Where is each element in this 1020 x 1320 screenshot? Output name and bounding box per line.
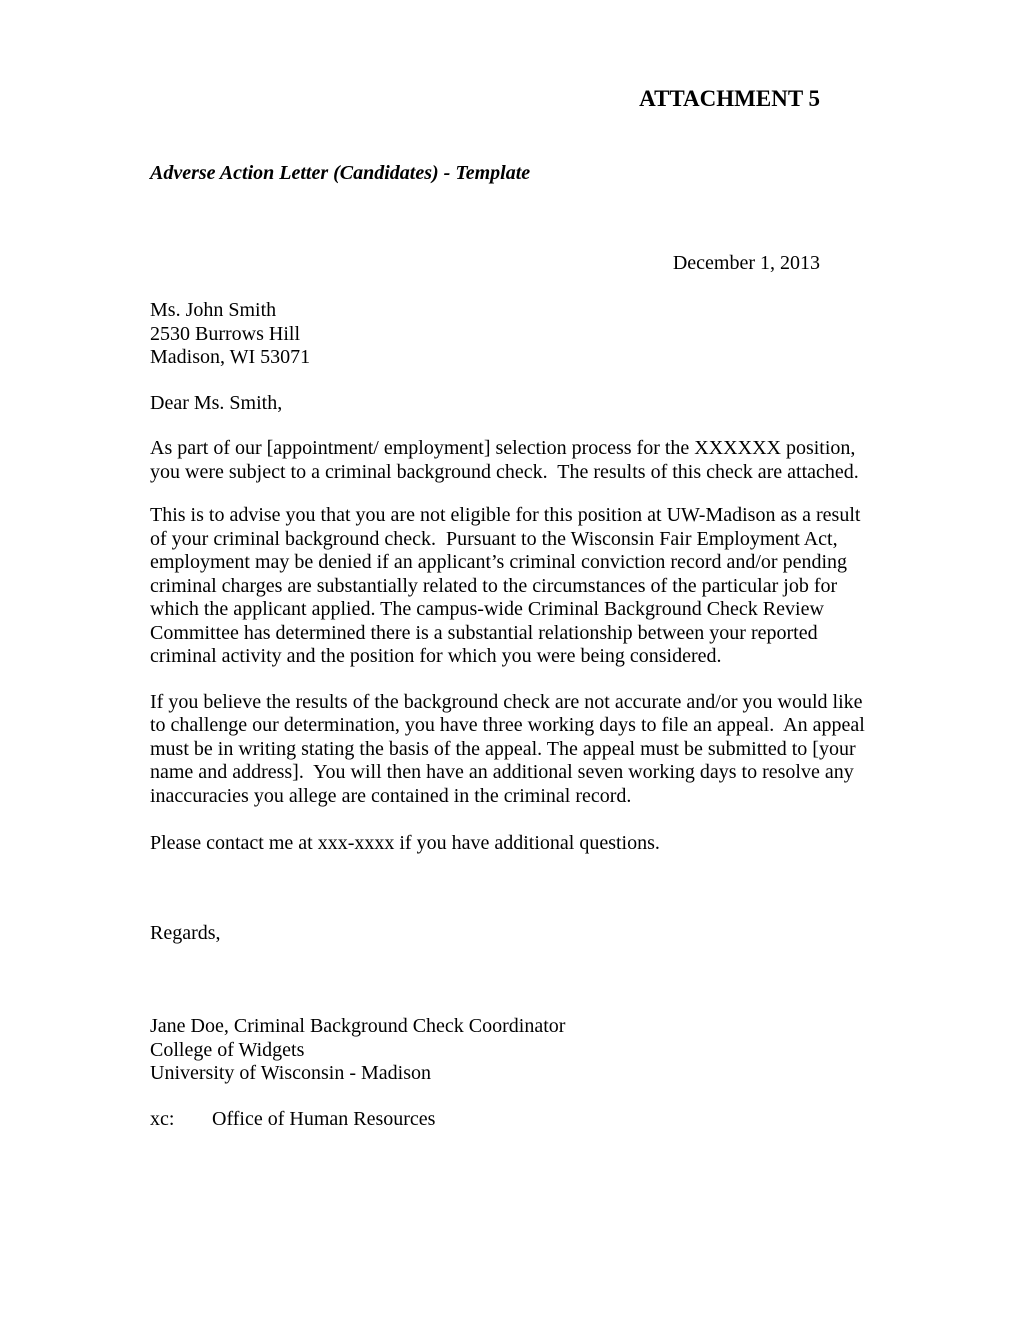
signature-name-title: Jane Doe, Criminal Background Check Coor… [150,1015,870,1039]
recipient-street: 2530 Burrows Hill [150,323,870,347]
body-paragraph: Please contact me at xxx-xxxx if you hav… [150,832,870,856]
cc-line: xc:Office of Human Resources [150,1108,870,1132]
document-title: Adverse Action Letter (Candidates) - Tem… [150,162,870,186]
recipient-address: Ms. John Smith 2530 Burrows Hill Madison… [150,299,870,370]
body-paragraph: If you believe the results of the backgr… [150,691,870,809]
cc-value: Office of Human Resources [212,1108,435,1130]
closing: Regards, [150,922,870,946]
signature-university: University of Wisconsin - Madison [150,1062,870,1086]
salutation: Dear Ms. Smith, [150,392,870,416]
signature-block: Jane Doe, Criminal Background Check Coor… [150,1015,870,1086]
signature-college: College of Widgets [150,1039,870,1063]
letter-date: December 1, 2013 [150,252,870,276]
recipient-city-state-zip: Madison, WI 53071 [150,346,870,370]
letter-page: ATTACHMENT 5 Adverse Action Letter (Cand… [0,0,1020,1320]
body-paragraph: As part of our [appointment/ employment]… [150,437,870,484]
cc-label: xc: [150,1108,212,1132]
recipient-name: Ms. John Smith [150,299,870,323]
body-paragraph: This is to advise you that you are not e… [150,504,870,669]
attachment-label: ATTACHMENT 5 [150,85,870,112]
